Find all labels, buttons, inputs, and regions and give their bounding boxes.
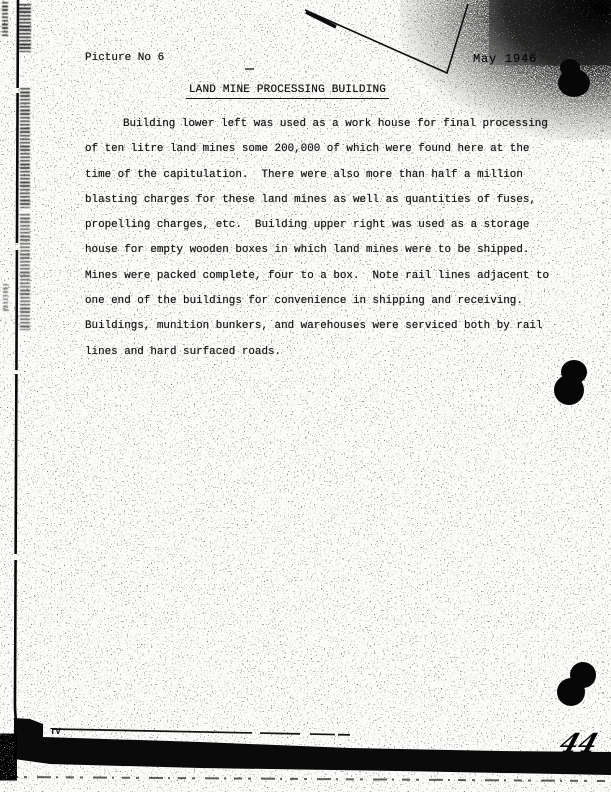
paragraph-line: one end of the buildings for convenience… <box>85 289 565 314</box>
binding-smudge <box>2 2 8 38</box>
scanned-document-page: Picture No 6 May 1946 LAND MINE PROCESSI… <box>0 0 611 792</box>
paragraph-line: lines and hard surfaced roads. <box>85 340 565 365</box>
paragraph-line: house for empty wooden boxes in which la… <box>85 238 565 263</box>
document-content: Picture No 6 May 1946 LAND MINE PROCESSI… <box>0 0 611 792</box>
binding-smudge <box>19 4 31 52</box>
date-label: May 1946 <box>473 52 537 66</box>
paragraph-line: blasting charges for these land mines as… <box>85 188 565 213</box>
paragraph-line: Building lower left was used as a work h… <box>85 112 565 137</box>
paragraph-line: time of the capitulation. There were als… <box>85 163 565 188</box>
document-title: LAND MINE PROCESSING BUILDING <box>186 84 389 99</box>
picture-label: Picture No 6 <box>85 52 164 66</box>
paragraph-line: Mines were packed complete, four to a bo… <box>85 264 565 289</box>
paragraph-line: propelling charges, etc. Building upper … <box>85 213 565 238</box>
document-paragraph: Building lower left was used as a work h… <box>85 112 565 365</box>
paragraph-line: of ten litre land mines some 200,000 of … <box>85 137 565 162</box>
document-header: Picture No 6 May 1946 <box>85 52 537 66</box>
title-row: LAND MINE PROCESSING BUILDING <box>0 79 611 99</box>
binding-smudge <box>20 214 30 330</box>
binding-smudge <box>20 88 30 208</box>
paragraph-line: Buildings, munition bunkers, and warehou… <box>85 314 565 339</box>
binding-smudge <box>3 284 8 312</box>
